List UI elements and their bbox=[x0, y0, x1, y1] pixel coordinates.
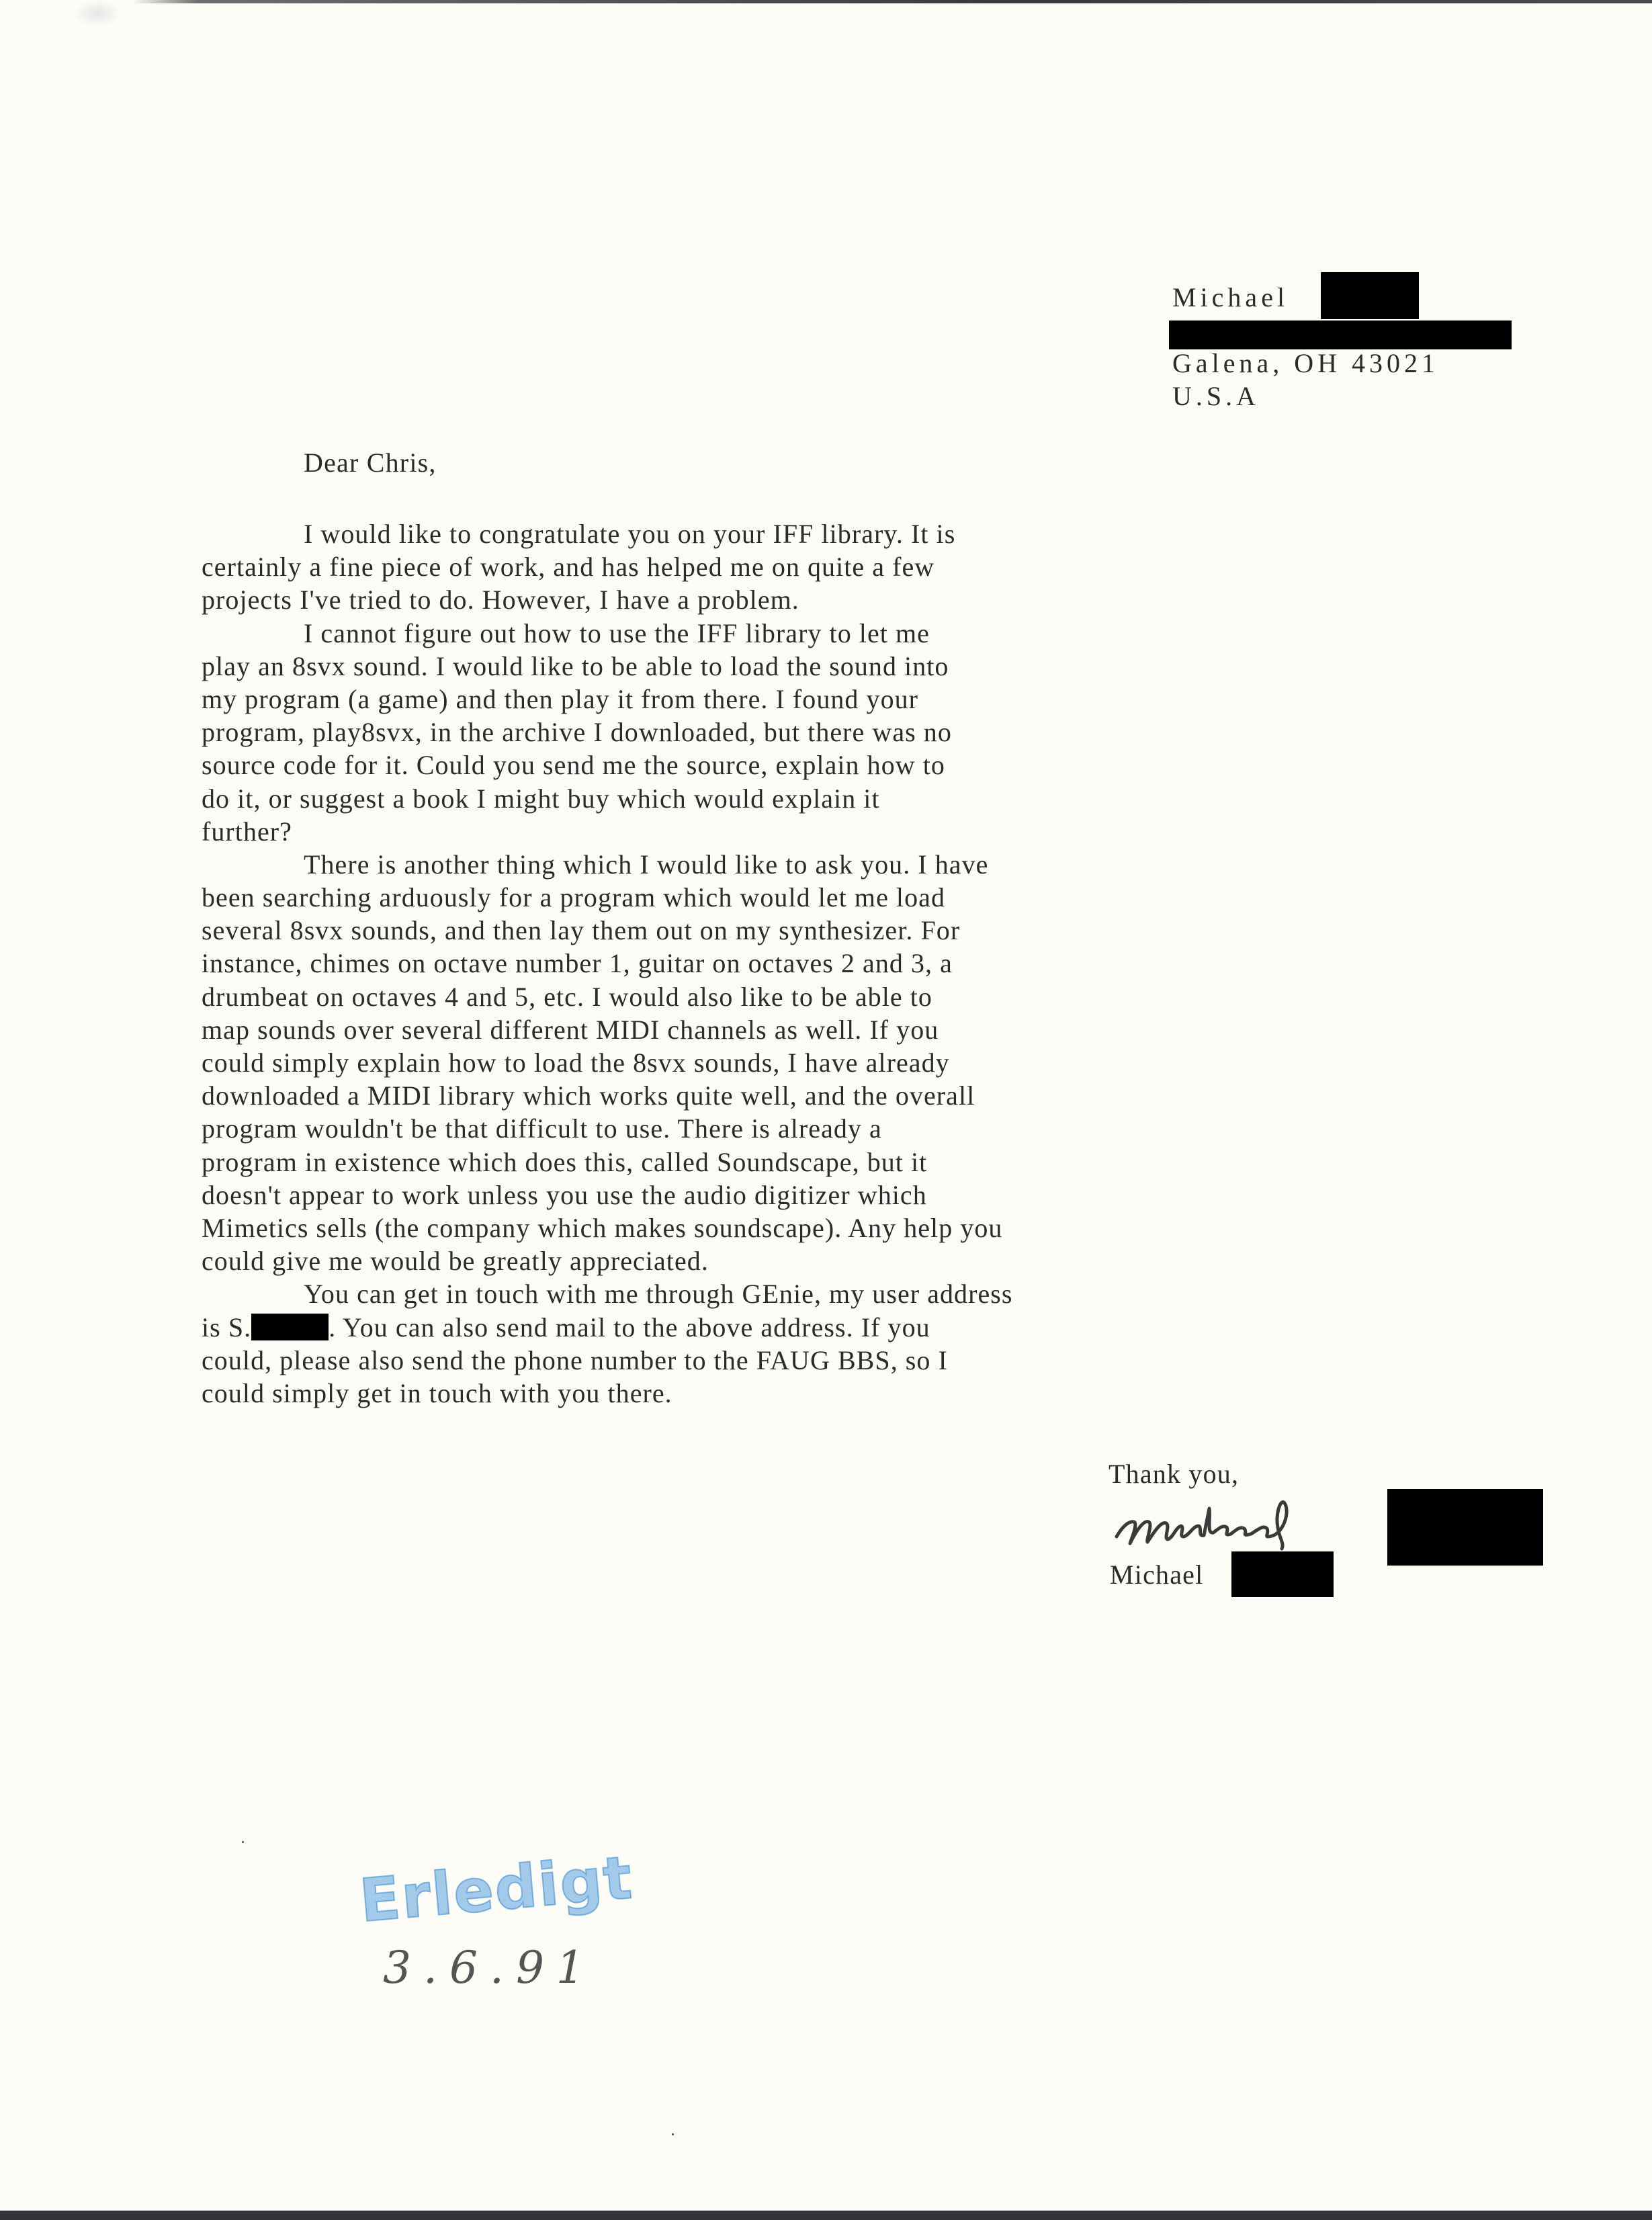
body-line: several 8svx sounds, and then lay them o… bbox=[202, 914, 1344, 947]
redaction-signature-surname bbox=[1387, 1489, 1543, 1566]
body-line: program in existence which does this, ca… bbox=[202, 1146, 1344, 1179]
signed-name: Michael bbox=[1110, 1559, 1203, 1590]
body-line: been searching arduously for a program w… bbox=[202, 881, 1344, 914]
body-line: There is another thing which I would lik… bbox=[202, 848, 1344, 881]
body-line: could give me would be greatly appreciat… bbox=[202, 1244, 1344, 1277]
body-line: could simply explain how to load the 8sv… bbox=[202, 1046, 1344, 1079]
body-line: program wouldn't be that difficult to us… bbox=[202, 1112, 1344, 1145]
body-line: program, play8svx, in the archive I down… bbox=[202, 716, 1344, 749]
handwritten-date: 3.6.91 bbox=[383, 1942, 597, 1994]
body-line: certainly a fine piece of work, and has … bbox=[202, 550, 1344, 583]
redaction-sender-surname bbox=[1321, 272, 1419, 319]
body-line: You can get in touch with me through GEn… bbox=[202, 1277, 1344, 1310]
body-line: could, please also send the phone number… bbox=[202, 1344, 1344, 1377]
body-line: instance, chimes on octave number 1, gui… bbox=[202, 947, 1344, 980]
handwritten-signature bbox=[1108, 1495, 1364, 1555]
body-line: downloaded a MIDI library which works qu… bbox=[202, 1079, 1344, 1112]
erledigt-stamp: Erledigt bbox=[357, 1842, 636, 1935]
body-line: drumbeat on octaves 4 and 5, etc. I woul… bbox=[202, 980, 1344, 1013]
body-line: play an 8svx sound. I would like to be a… bbox=[202, 650, 1344, 683]
scan-edge-top bbox=[0, 0, 1652, 3]
paper-speck bbox=[242, 1841, 244, 1843]
body-line-redacted: is S.. You can also send mail to the abo… bbox=[202, 1311, 1344, 1344]
body-lines: I would like to congratulate you on your… bbox=[202, 517, 1344, 1311]
paper-smudge bbox=[74, 0, 121, 27]
sender-city: Galena, OH 43021 bbox=[1172, 347, 1439, 380]
body-line: Mimetics sells (the company which makes … bbox=[202, 1211, 1344, 1244]
closing: Thank you, bbox=[1108, 1458, 1239, 1490]
body-line: my program (a game) and then play it fro… bbox=[202, 683, 1344, 716]
sender-country: U.S.A bbox=[1172, 380, 1439, 413]
body-line: do it, or suggest a book I might buy whi… bbox=[202, 782, 1344, 815]
scan-edge-bottom bbox=[0, 2211, 1652, 2220]
redacted-line-prefix: is S. bbox=[202, 1312, 251, 1342]
redaction-sender-street bbox=[1169, 321, 1512, 349]
body-line: doesn't appear to work unless you use th… bbox=[202, 1179, 1344, 1211]
paper-speck bbox=[672, 2133, 674, 2135]
letter-body: I would like to congratulate you on your… bbox=[202, 517, 1344, 1410]
body-line: projects I've tried to do. However, I ha… bbox=[202, 583, 1344, 616]
body-line: further? bbox=[202, 815, 1344, 848]
body-line: I would like to congratulate you on your… bbox=[202, 517, 1344, 550]
redacted-line-suffix: . You can also send mail to the above ad… bbox=[329, 1312, 930, 1342]
salutation: Dear Chris, bbox=[304, 447, 437, 478]
body-line: could simply get in touch with you there… bbox=[202, 1377, 1344, 1410]
body-line: map sounds over several different MIDI c… bbox=[202, 1013, 1344, 1046]
body-line: source code for it. Could you send me th… bbox=[202, 749, 1344, 781]
redaction-user-address bbox=[251, 1314, 329, 1340]
body-line: I cannot figure out how to use the IFF l… bbox=[202, 617, 1344, 650]
redaction-signed-surname bbox=[1231, 1551, 1334, 1597]
